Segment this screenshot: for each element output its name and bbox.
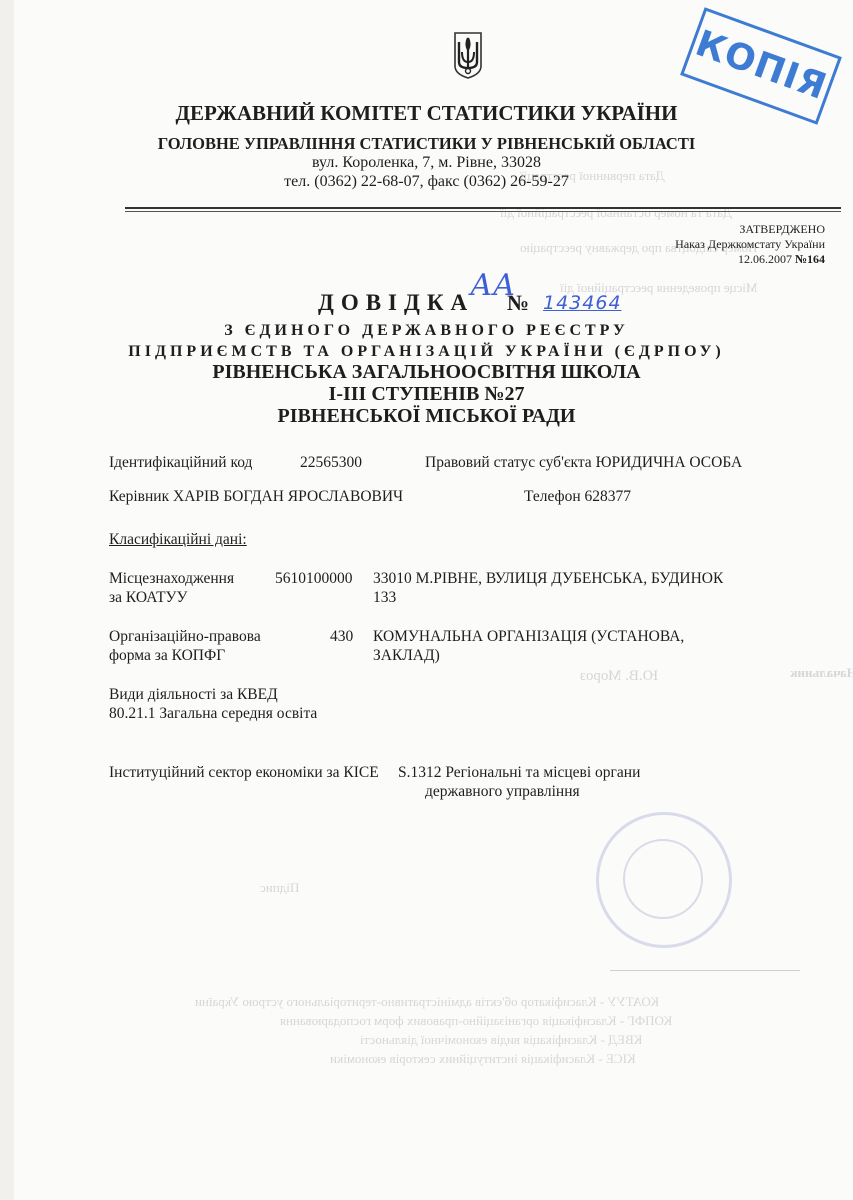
legal-status: Правовий статус суб'єкта ЮРИДИЧНА ОСОБА — [425, 454, 742, 472]
sector-value-2: державного управління — [425, 783, 580, 801]
ghost-text: КОАТУУ - Класифікатор об'єктів адміністр… — [195, 994, 659, 1010]
committee-heading: ДЕРЖАВНИЙ КОМІТЕТ СТАТИСТИКИ УКРАЇНИ — [0, 101, 853, 126]
activity-label: Види діяльності за КВЕД — [109, 686, 278, 704]
location-value-1: 33010 М.РІВНЕ, ВУЛИЦЯ ДУБЕНСЬКА, БУДИНОК — [373, 570, 723, 588]
number-label: № — [507, 290, 529, 316]
department-heading: ГОЛОВНЕ УПРАВЛІННЯ СТАТИСТИКИ У РІВНЕНСЬ… — [0, 134, 853, 154]
approval-date: 12.06.2007 — [738, 252, 792, 266]
document-number: 143464 — [543, 292, 622, 314]
phone: Телефон 628377 — [524, 488, 631, 506]
ghost-text: Підпис — [260, 880, 299, 896]
address: вул. Короленка, 7, м. Рівне, 33028 — [0, 154, 853, 172]
sector-value-1: S.1312 Регіональні та місцеві органи — [398, 764, 640, 782]
ghost-text: Ю.В. Мороз — [580, 668, 658, 685]
location-label-2: за КОАТУУ — [109, 589, 188, 607]
head-value: ХАРІВ БОГДАН ЯРОСЛАВОВИЧ — [173, 488, 403, 505]
header-divider-thin — [125, 211, 841, 212]
legal-form-code: 430 — [330, 628, 353, 646]
location-code: 5610100000 — [275, 570, 353, 588]
approval-order: Наказ Держкомстату України — [675, 237, 825, 252]
legal-status-value: ЮРИДИЧНА ОСОБА — [596, 454, 743, 471]
legal-form-value-2: ЗАКЛАД) — [373, 647, 440, 665]
ghost-seal — [596, 812, 732, 948]
ukraine-trident-icon — [452, 30, 484, 80]
legal-form-value-1: КОМУНАЛЬНА ОРГАНІЗАЦІЯ (УСТАНОВА, — [373, 628, 684, 646]
approval-date-line: 12.06.2007 №164 — [738, 252, 825, 267]
head: Керівник ХАРІВ БОГДАН ЯРОСЛАВОВИЧ — [109, 488, 403, 506]
id-code-label: Ідентифікаційний код — [109, 454, 252, 472]
location-label-1: Місцезнаходження — [109, 570, 234, 588]
phone-fax: тел. (0362) 22-68-07, факс (0362) 26-59-… — [0, 173, 853, 191]
registry-subtitle-2: ПІДПРИЄМСТВ ТА ОРГАНІЗАЦІЙ УКРАЇНИ (ЄДРП… — [0, 343, 853, 361]
legal-form-label-1: Організаційно-правова — [109, 628, 261, 646]
org-name-line-2: І-ІІІ СТУПЕНІВ №27 — [0, 383, 853, 406]
ghost-divider — [610, 970, 800, 971]
phone-value: 628377 — [585, 488, 632, 505]
ghost-text: КВЕД - Класифікація видів економічної ді… — [360, 1032, 642, 1048]
approval-number: №164 — [795, 252, 825, 266]
approval-label: ЗАТВЕРДЖЕНО — [739, 222, 825, 237]
ghost-text: КІСЕ - Класифікація інституційних сектор… — [330, 1051, 636, 1067]
ghost-text: КОПФГ - Класифікація організаційно-право… — [280, 1013, 672, 1029]
classification-heading: Класифікаційні дані: — [109, 531, 247, 549]
location-value-2: 133 — [373, 589, 396, 607]
registry-subtitle-1: З ЄДИНОГО ДЕРЖАВНОГО РЕЄСТРУ — [0, 322, 853, 340]
legal-status-label: Правовий статус суб'єкта — [425, 454, 592, 471]
head-label: Керівник — [109, 488, 169, 505]
org-name-line-1: РІВНЕНСЬКА ЗАГАЛЬНООСВІТНЯ ШКОЛА — [0, 361, 853, 384]
activity-value: 80.21.1 Загальна середня освіта — [109, 705, 317, 723]
sector-label: Інституційний сектор економіки за КІСЕ — [109, 764, 379, 782]
legal-form-label-2: форма за КОПФГ — [109, 647, 225, 665]
ghost-text: Начальник — [790, 665, 853, 681]
id-code-value: 22565300 — [300, 454, 362, 472]
phone-label: Телефон — [524, 488, 581, 505]
header-divider — [125, 207, 841, 209]
org-name-line-3: РІВНЕНСЬКОЇ МІСЬКОЇ РАДИ — [0, 405, 853, 428]
document-title: ДОВІДКА — [318, 290, 474, 316]
